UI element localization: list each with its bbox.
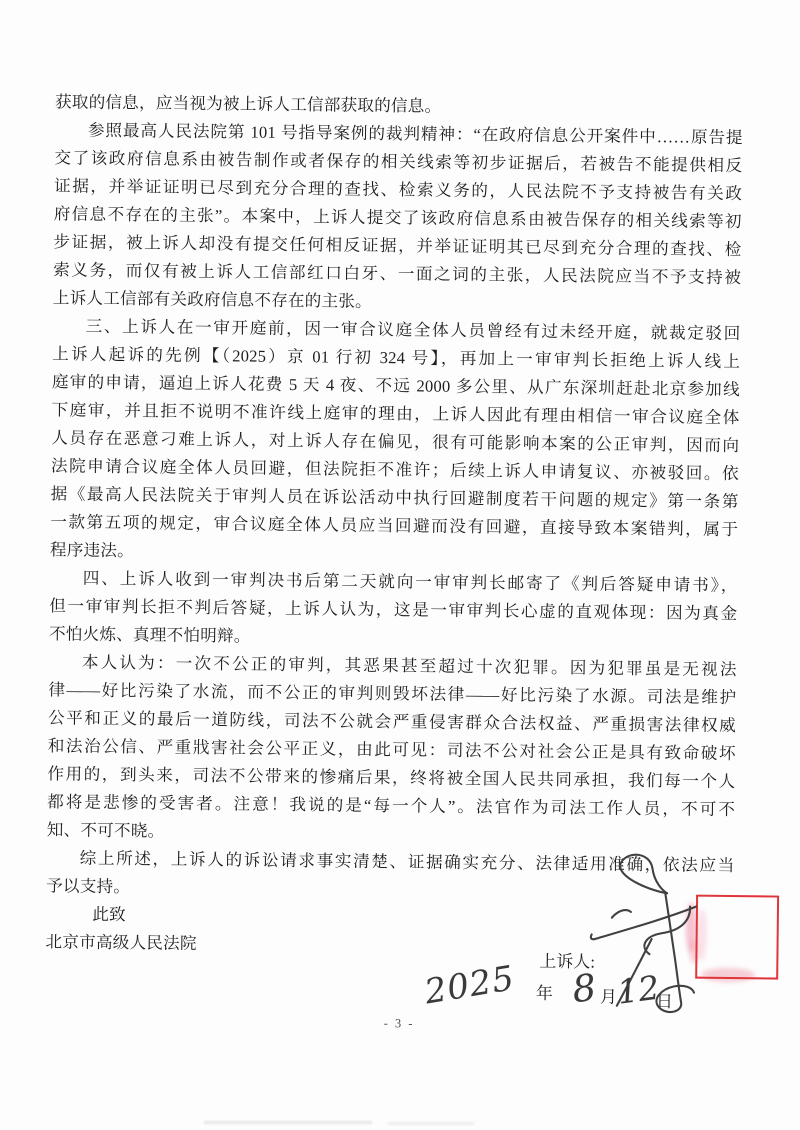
document-body: 获取的信息，应当视为被上诉人工信部获取的信息。参照最高人民法院第 101 号指导… (46, 88, 743, 908)
scan-edge-artifact (204, 1121, 372, 1124)
handwritten-month: 8 (570, 966, 598, 1011)
date-year-char: 年 (536, 979, 553, 1004)
redaction-red-box (695, 895, 779, 980)
page-number: - 3 - (384, 1016, 415, 1031)
appellant-label: 上诉人: (539, 947, 595, 973)
document-text-column: 获取的信息，应当视为被上诉人工信部获取的信息。参照最高人民法院第 101 号指导… (45, 88, 743, 964)
date-day-char: 日 (656, 987, 673, 1012)
handwritten-year: 2025 (421, 958, 518, 1012)
scanned-page: 获取的信息，应当视为被上诉人工信部获取的信息。参照最高人民法院第 101 号指导… (0, 0, 800, 1130)
scan-edge-artifact (388, 1122, 474, 1125)
date-month-char: 月 (600, 983, 617, 1008)
handwritten-day: 12 (615, 968, 662, 1012)
scanned-sheet-content: 获取的信息，应当视为被上诉人工信部获取的信息。参照最高人民法院第 101 号指导… (0, 0, 800, 1130)
